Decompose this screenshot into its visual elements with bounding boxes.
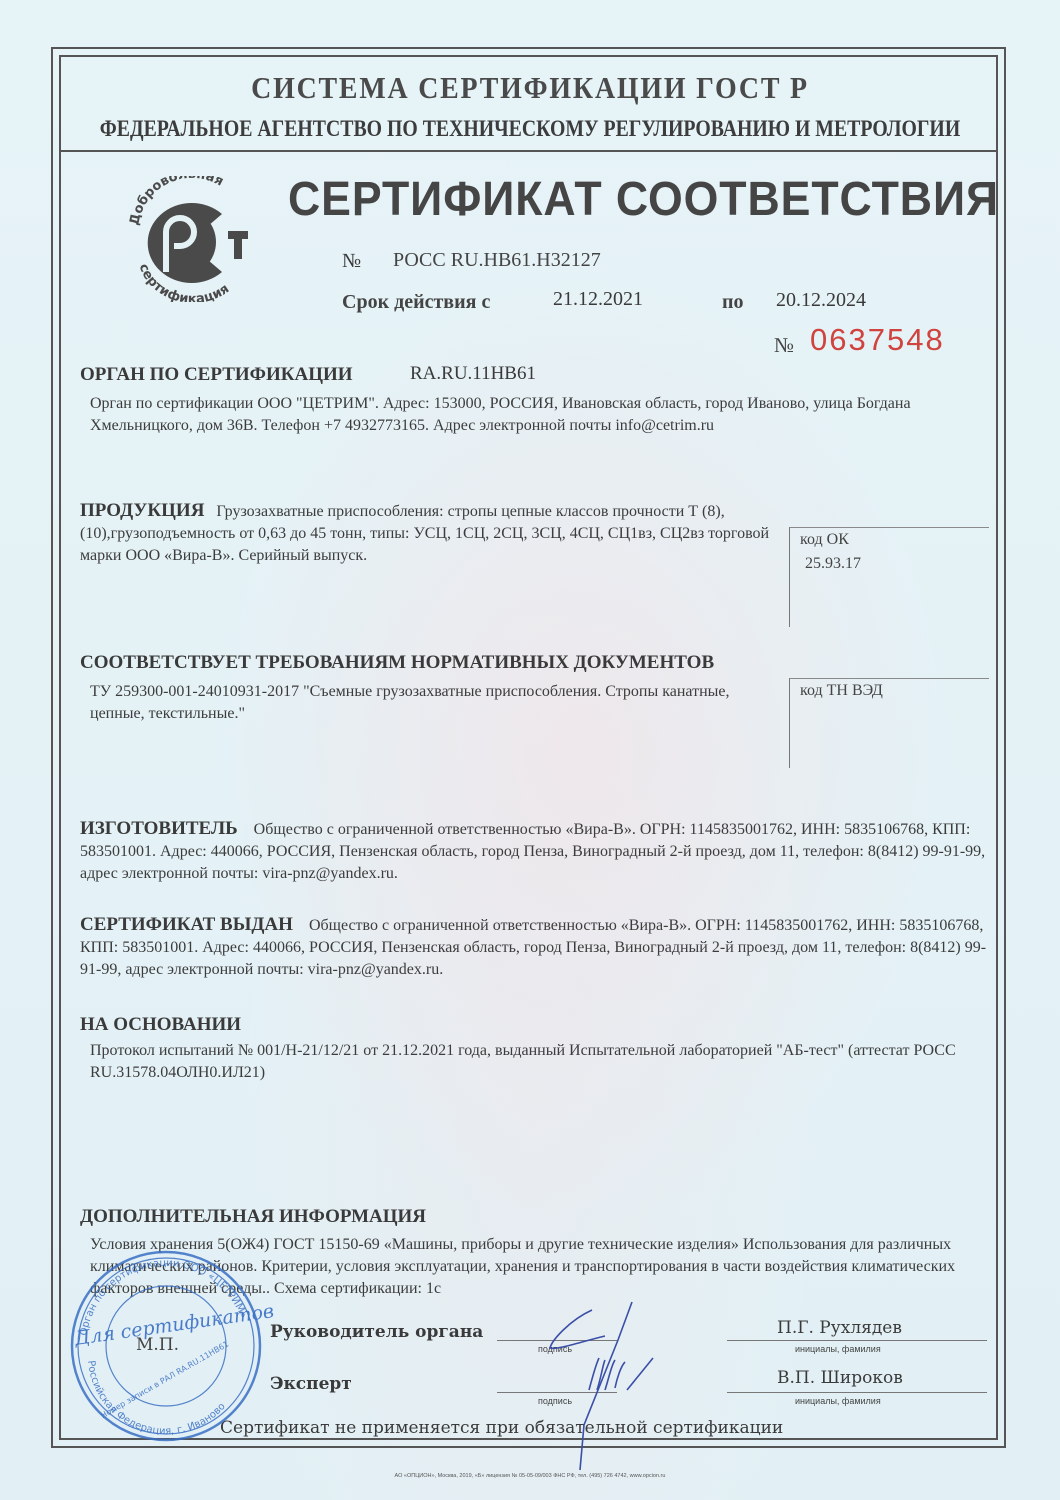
tnved-code-box: код ТН ВЭД [789, 678, 989, 768]
product-section: ПРОДУКЦИЯ Грузозахватные приспособления:… [80, 500, 780, 567]
voluntary-certification-logo-icon: Добровольная сертификация [124, 176, 254, 302]
product-heading: ПРОДУКЦИЯ [80, 500, 204, 521]
organ-details: Орган по сертификации ООО "ЦЕТРИМ". Адре… [90, 393, 970, 437]
expert-signature-icon [575, 1350, 695, 1400]
issued-to-section: СЕРТИФИКАТ ВЫДАН Общество с ограниченной… [80, 914, 990, 981]
head-signature-icon [520, 1300, 720, 1500]
head-name: П.Г. Рухлядев [777, 1318, 902, 1338]
head-of-organ-label: Руководитель органа [270, 1322, 483, 1342]
blank-serial-label: № [774, 333, 794, 358]
certificate-number: РОСС RU.НВ61.Н32127 [393, 249, 601, 272]
validity-label: Срок действия с [342, 291, 490, 314]
valid-from-date: 21.12.2021 [553, 288, 643, 311]
certificate-number-label: № [342, 250, 361, 273]
okpd-code-label: код ОК [800, 531, 849, 549]
organ-code: RA.RU.11НВ61 [410, 363, 536, 385]
head-name-line [727, 1340, 987, 1341]
agency-title: ФЕДЕРАЛЬНОЕ АГЕНТСТВО ПО ТЕХНИЧЕСКОМУ РЕ… [74, 116, 986, 142]
organ-heading: ОРГАН ПО СЕРТИФИКАЦИИ [80, 364, 353, 386]
tnved-code-label: код ТН ВЭД [800, 682, 883, 700]
conformity-heading: СООТВЕТСТВУЕТ ТРЕБОВАНИЯМ НОРМАТИВНЫХ ДО… [80, 652, 714, 674]
svg-text:Российская Федерация, г. Ивано: Российская Федерация, г. Иваново [85, 1360, 228, 1437]
okpd-code-value: 25.93.17 [805, 555, 861, 573]
valid-to-date: 20.12.2024 [776, 289, 866, 312]
expert-name-caption: инициалы, фамилия [795, 1396, 881, 1406]
header-divider [59, 150, 998, 152]
issued-to-heading: СЕРТИФИКАТ ВЫДАН [80, 914, 293, 935]
expert-name: В.П. Широков [777, 1368, 903, 1388]
valid-to-label: по [722, 291, 744, 314]
expert-name-line [727, 1392, 987, 1393]
stamp-place-label: М.П. [136, 1335, 179, 1355]
conformity-standards: ТУ 259300-001-24010931-2017 "Съемные гру… [90, 681, 770, 725]
document-title: СЕРТИФИКАТ СООТВЕТСТВИЯ [288, 172, 999, 227]
okpd-code-box: код ОК 25.93.17 [789, 527, 989, 627]
certification-system-title: СИСТЕМА СЕРТИФИКАЦИИ ГОСТ Р [53, 70, 1007, 106]
expert-label: Эксперт [270, 1374, 352, 1394]
basis-details: Протокол испытаний № 001/Н-21/12/21 от 2… [90, 1040, 970, 1084]
head-name-caption: инициалы, фамилия [795, 1344, 881, 1354]
basis-heading: НА ОСНОВАНИИ [80, 1014, 241, 1036]
additional-info-heading: ДОПОЛНИТЕЛЬНАЯ ИНФОРМАЦИЯ [80, 1206, 426, 1228]
printer-imprint: АО «ОПЦИОН», Москва, 2019, «Б» лицензия … [0, 1473, 1060, 1479]
manufacturer-heading: ИЗГОТОВИТЕЛЬ [80, 818, 238, 839]
blank-serial-number: 0637548 [810, 322, 945, 358]
manufacturer-section: ИЗГОТОВИТЕЛЬ Общество с ограниченной отв… [80, 818, 990, 885]
